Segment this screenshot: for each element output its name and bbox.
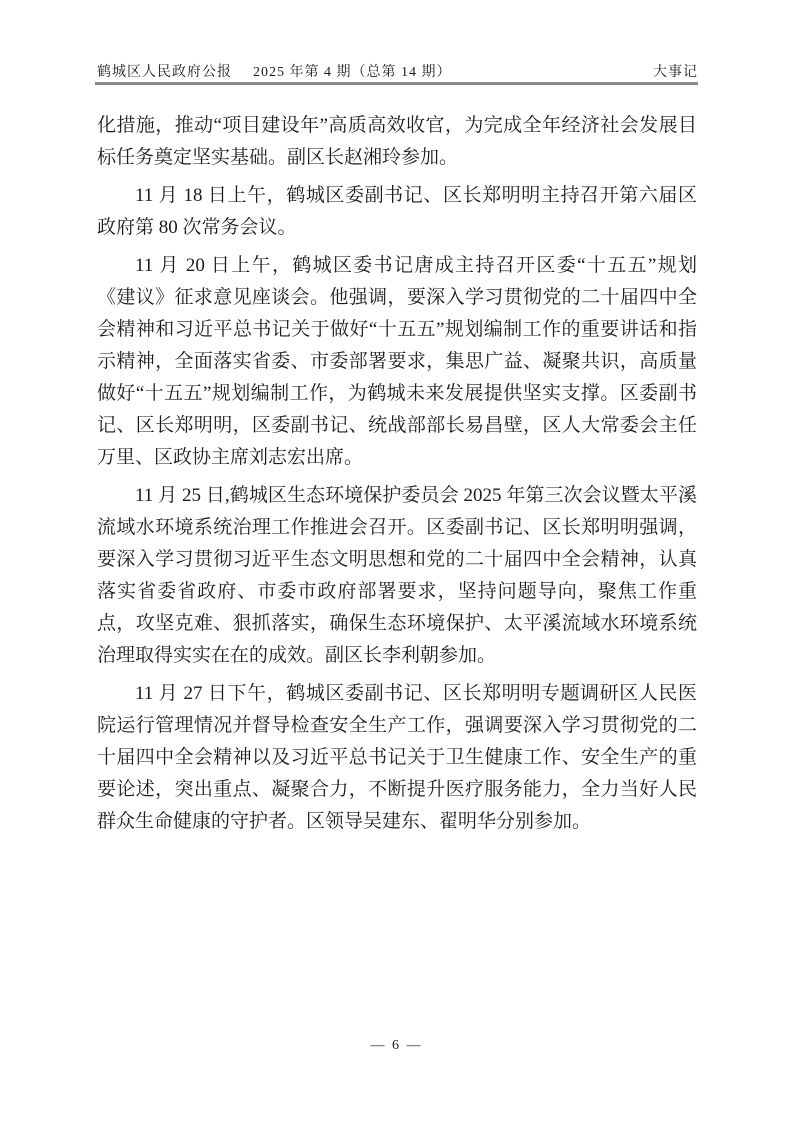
gazette-page: 鹤城区人民政府公报 2025 年第 4 期（总第 14 期） 大事记 化措施，推… bbox=[0, 0, 793, 1122]
publication-title: 鹤城区人民政府公报 bbox=[97, 61, 232, 81]
body-paragraph: 11 月 27 日下午，鹤城区委副书记、区长郑明明专题调研区人民医院运行管理情况… bbox=[97, 678, 697, 838]
body-paragraph: 11 月 25 日,鹤城区生态环境保护委员会 2025 年第三次会议暨太平溪流域… bbox=[97, 480, 697, 672]
body-paragraph: 11 月 20 日上午，鹤城区委书记唐成主持召开区委“十五五”规划《建议》征求意… bbox=[97, 250, 697, 474]
header-divider bbox=[95, 82, 698, 85]
body-paragraph: 11 月 18 日上午，鹤城区委副书记、区长郑明明主持召开第六届区政府第 80 … bbox=[97, 180, 697, 244]
section-title: 大事记 bbox=[653, 61, 698, 81]
issue-info: 2025 年第 4 期（总第 14 期） bbox=[253, 61, 452, 81]
page-header: 鹤城区人民政府公报 2025 年第 4 期（总第 14 期） 大事记 bbox=[96, 61, 698, 81]
body-paragraph-continuation: 化措施，推动“项目建设年”高质高效收官，为完成全年经济社会发展目标任务奠定坚实基… bbox=[97, 110, 697, 174]
page-footer: — 6 — bbox=[0, 1038, 793, 1054]
page-number: — 6 — bbox=[371, 1038, 423, 1053]
article-body: 化措施，推动“项目建设年”高质高效收官，为完成全年经济社会发展目标任务奠定坚实基… bbox=[97, 110, 697, 844]
